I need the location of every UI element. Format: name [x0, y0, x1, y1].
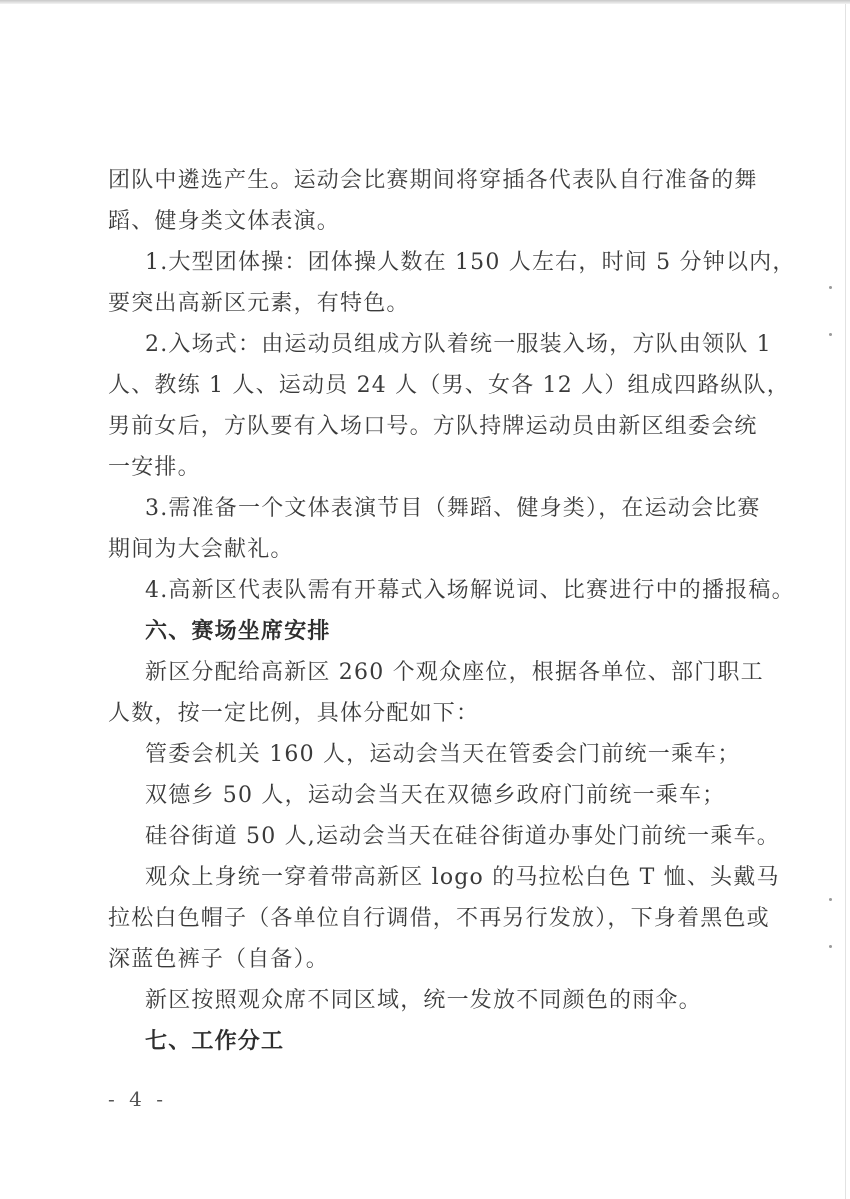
- text-line: 一安排。: [108, 447, 748, 488]
- text-line: 男前女后，方队要有入场口号。方队持牌运动员由新区组委会统: [108, 406, 748, 447]
- allocation-item: 双德乡 50 人，运动会当天在双德乡政府门前统一乘车；: [108, 775, 748, 816]
- text-line: 观众上身统一穿着带高新区 logo 的马拉松白色 T 恤、头戴马: [108, 857, 748, 898]
- text-line: 拉松白色帽子（各单位自行调借，不再另行发放），下身着黑色或: [108, 898, 748, 939]
- list-item-entrance-ceremony: 2.入场式：由运动员组成方队着统一服装入场，方队由领队 1: [108, 324, 748, 365]
- text-line: 人、教练 1 人、运动员 24 人（男、女各 12 人）组成四路纵队，: [108, 365, 748, 406]
- scan-mark: [829, 333, 832, 336]
- page-number: - 4 -: [108, 1087, 167, 1111]
- text-line: 期间为大会献礼。: [108, 529, 748, 570]
- scan-top-edge: [0, 0, 850, 4]
- text-line: 新区按照观众席不同区域，统一发放不同颜色的雨伞。: [108, 980, 748, 1021]
- scan-mark: [829, 945, 832, 948]
- allocation-item: 管委会机关 160 人，运动会当天在管委会门前统一乘车；: [108, 734, 748, 775]
- section-heading-work-division: 七、工作分工: [108, 1021, 748, 1062]
- scan-mark: [829, 898, 832, 901]
- document-body: 团队中遴选产生。运动会比赛期间将穿插各代表队自行准备的舞 蹈、健身类文体表演。 …: [108, 160, 748, 1062]
- list-item-commentary: 4.高新区代表队需有开幕式入场解说词、比赛进行中的播报稿。: [108, 570, 748, 611]
- section-heading-seating: 六、赛场坐席安排: [108, 611, 748, 652]
- text-line: 蹈、健身类文体表演。: [108, 201, 748, 242]
- text-line: 新区分配给高新区 260 个观众座位，根据各单位、部门职工: [108, 652, 748, 693]
- list-item-group-gymnastics: 1.大型团体操：团体操人数在 150 人左右，时间 5 分钟以内，: [108, 242, 748, 283]
- text-line: 深蓝色裤子（自备）。: [108, 939, 748, 980]
- text-line: 团队中遴选产生。运动会比赛期间将穿插各代表队自行准备的舞: [108, 160, 748, 201]
- text-line: 人数，按一定比例，具体分配如下：: [108, 693, 748, 734]
- scan-mark: [829, 286, 832, 289]
- allocation-item: 硅谷街道 50 人,运动会当天在硅谷街道办事处门前统一乘车。: [108, 816, 748, 857]
- scan-right-edge: [845, 4, 846, 1199]
- text-line: 要突出高新区元素，有特色。: [108, 283, 748, 324]
- list-item-performance: 3.需准备一个文体表演节目（舞蹈、健身类），在运动会比赛: [108, 488, 748, 529]
